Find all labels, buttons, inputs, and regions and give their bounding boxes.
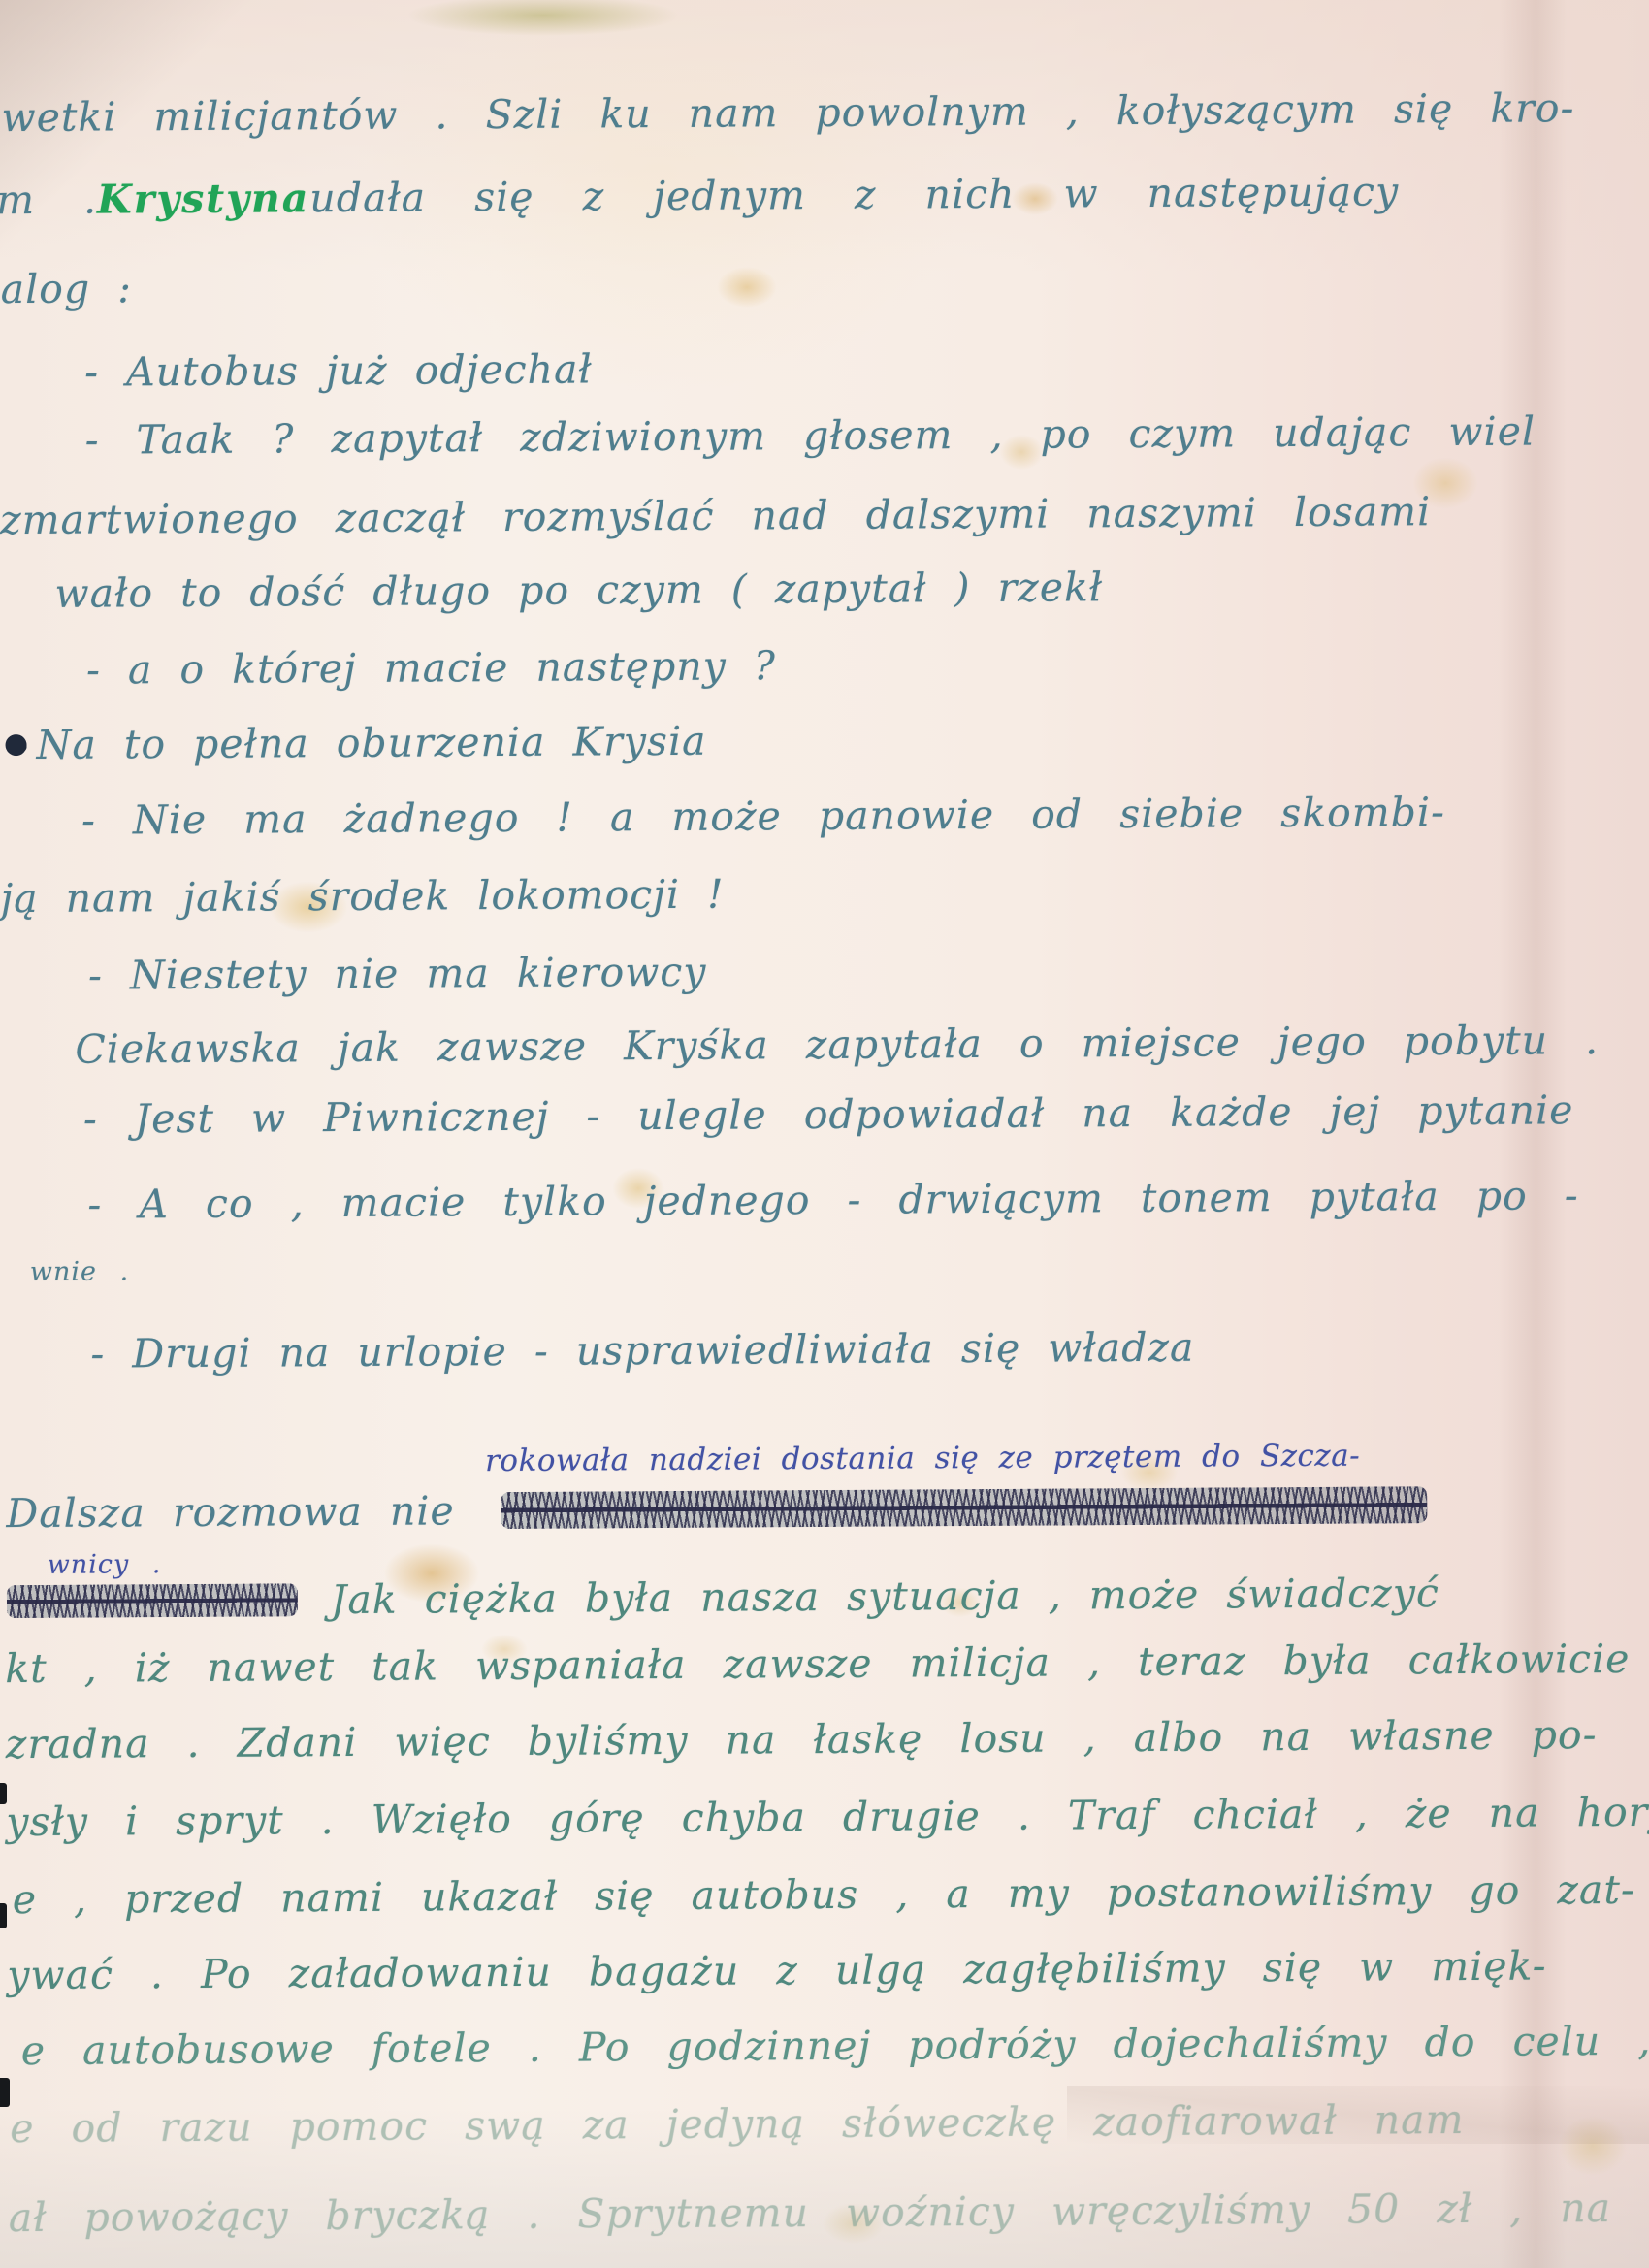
handwriting-line: - Taak ? zapytał zdziwionym głosem , po … [84,402,1536,470]
text-segment: - Niestety nie ma kierowcy [88,949,707,999]
handwriting-line: kt , iż nawet tak wspaniała zawsze milic… [5,1629,1630,1699]
handwriting-line: ysły i spryt . Wzięło górę chyba drugie … [6,1781,1649,1852]
handwriting-line: e , przed nami ukazał się autobus , a my… [13,1860,1635,1929]
text-segment: Krystyna [97,175,310,222]
handwriting-line: - Nie ma żadnego ! a może panowie od sie… [81,782,1445,851]
text-segment: ją nam jakiś środek lokomocji ! [0,871,724,923]
handwriting-line: - Drugi na urlopie - usprawiedliwiała si… [90,1317,1194,1384]
text-segment: udała się z jednym z nich w następujący [309,168,1399,221]
handwriting-line: zmartwionego zaczął rozmyślać nad dalszy… [0,481,1431,550]
text-segment: kt , iż nawet tak wspaniała zawsze milic… [5,1636,1630,1692]
text-segment: e autobusowe fotele . Po godzinnej podró… [21,2018,1649,2074]
handwriting-line: ał powożący bryczką . Sprytnemu woźnicy … [9,2178,1612,2248]
text-segment: e od razu pomoc swą za jedyną słóweczkę … [10,2096,1464,2152]
handwriting-line: ywać . Po załadowaniu bagażu z ulgą zagł… [7,1935,1547,2005]
handwriting-line: Jak ciężka była nasza sytuacja , może św… [7,1563,1439,1632]
handwriting-line: alog : [0,258,132,319]
text-segment: - Nie ma żadnego ! a może panowie od sie… [81,789,1445,844]
text-segment: Dalsza rozmowa nie [6,1487,455,1537]
text-segment: alog : [1,265,133,312]
text-segment: - a o której macie następny ? [86,642,776,693]
text-segment: zradna . Zdani więc byliśmy na łaskę los… [6,1711,1598,1767]
text-segment: wnie . [30,1256,129,1287]
text-segment: - A co , macie tylko jednego - drwiącym … [87,1172,1578,1227]
handwriting-line: m . Krystyna udała się z jednym z nich w… [0,161,1399,230]
ink-blot [5,734,26,756]
text-segment: Jak ciężka była nasza sytuacja , może św… [331,1570,1439,1623]
handwriting-line: - Jest w Piwnicznej - ulegle odpowiadał … [83,1080,1574,1149]
handwriting-line: - a o której macie następny ? [86,635,776,699]
handwriting-line: wnie . [30,1253,129,1289]
text-segment: - Jest w Piwnicznej - ulegle odpowiadał … [83,1086,1574,1142]
text-segment: wało to dość długo po czym ( zapytał ) r… [54,564,1103,617]
text-segment: zmartwionego zaczął rozmyślać nad dalszy… [0,488,1431,543]
text-segment: rokowała nadziei dostania się ze przętem… [485,1439,1360,1479]
handwriting-line: Dalsza rozmowa nie [6,1474,1428,1543]
handwriting-layer: wetki milicjantów . Szli ku nam powolnym… [0,0,1649,2268]
text-segment: wetki milicjantów . Szli ku nam powolnym… [1,84,1574,141]
handwriting-line: Na to pełna oburzenia Krysia [5,711,706,775]
text-segment: ywać . Po załadowaniu bagażu z ulgą zagł… [7,1942,1547,1998]
text-segment: Na to pełna oburzenia Krysia [36,718,706,768]
handwriting-line: ją nam jakiś środek lokomocji ! [0,864,724,929]
text-segment: ał powożący bryczką . Sprytnemu woźnicy … [9,2185,1612,2241]
handwriting-line: - Niestety nie ma kierowcy [88,942,707,1006]
handwriting-line: e od razu pomoc swą za jedyną słóweczkę … [10,2090,1465,2158]
handwriting-line: - A co , macie tylko jednego - drwiącym … [87,1165,1579,1234]
text-segment: - Autobus już odjechał [84,345,593,395]
text-segment: e , przed nami ukazał się autobus , a my… [13,1866,1635,1923]
scanned-notebook-page: wetki milicjantów . Szli ku nam powolnym… [0,0,1649,2268]
scribbled-out-text [501,1486,1428,1529]
handwriting-line: e autobusowe fotele . Po godzinnej podró… [21,2011,1649,2081]
text-segment: m . [0,177,97,224]
text-segment: Ciekawska jak zawsze Kryśka zapytała o m… [75,1017,1599,1073]
text-segment: - Drugi na urlopie - usprawiedliwiała si… [90,1324,1194,1377]
text-segment: - Taak ? zapytał zdziwionym głosem , po … [84,408,1536,464]
handwriting-line: wetki milicjantów . Szli ku nam powolnym… [1,78,1574,147]
handwriting-line: zradna . Zdani więc byliśmy na łaskę los… [6,1704,1598,1774]
scribbled-out-text [7,1583,298,1618]
handwriting-line: Ciekawska jak zawsze Kryśka zapytała o m… [75,1010,1599,1080]
text-segment: ysły i spryt . Wzięło górę chyba drugie … [6,1788,1649,1845]
handwriting-line: - Autobus już odjechał [84,339,593,402]
handwriting-line: wało to dość długo po czym ( zapytał ) r… [54,557,1103,624]
